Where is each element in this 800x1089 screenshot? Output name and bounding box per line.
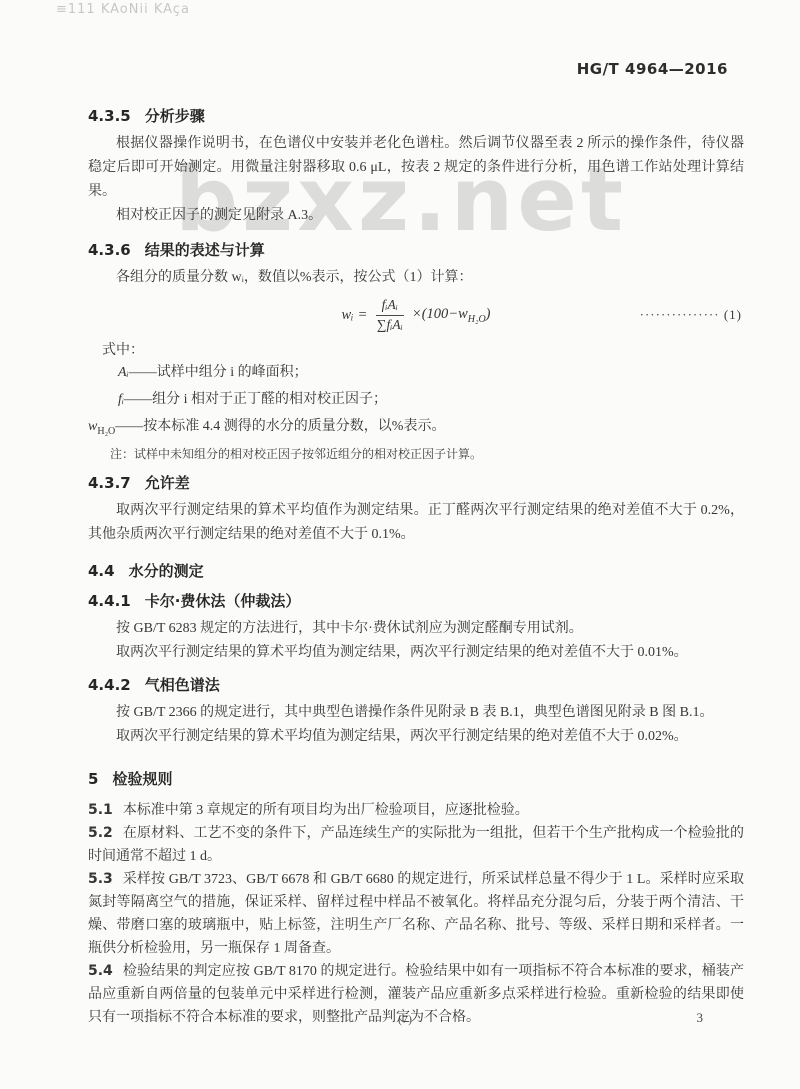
- definition-wH2O: wH₂O——按本标准 4.4 测得的水分的质量分数，以%表示。: [88, 416, 744, 443]
- def-dash: ——: [124, 392, 152, 407]
- clause-text: 本标准中第 3 章规定的所有项目均为出厂检验项目，应逐批检验。: [123, 803, 529, 818]
- equation-label: ··············· (1): [640, 307, 742, 323]
- formula-1: wᵢ = fᵢAᵢ ∑fᵢAᵢ ×(100−wH₂O) ············…: [88, 292, 744, 338]
- section-title: 分析步骤: [145, 107, 205, 125]
- def-dash: ——: [129, 365, 157, 380]
- section-title: 水分的测定: [129, 562, 204, 580]
- formula-multiplier: ×(100−wH₂O): [412, 306, 491, 325]
- section-number: 4.3.5: [88, 107, 131, 125]
- definition-fi: fᵢ——组分 i 相对于正丁醛的相对校正因子；: [88, 389, 744, 416]
- note-unknown-components: 注：试样中未知组分的相对校正因子按邻近组分的相对校正因子计算。: [88, 445, 744, 463]
- paragraph-karl-fischer-tolerance: 取两次平行测定结果的算术平均值为测定结果，两次平行测定结果的绝对差值不大于 0.…: [88, 641, 744, 665]
- fraction-denominator: ∑fᵢAᵢ: [377, 316, 403, 334]
- section-number: 4.3.6: [88, 241, 131, 259]
- section-title: 允许差: [145, 474, 190, 492]
- paragraph-analysis-steps: 根据仪器操作说明书，在色谱仪中安装并老化色谱柱。然后调节仪器至表 2 所示的操作…: [88, 132, 744, 204]
- section-heading-4-3-7: 4.3.7允许差: [88, 473, 744, 493]
- fraction: fᵢAᵢ ∑fᵢAᵢ: [376, 297, 404, 334]
- section-heading-4-4-2: 4.4.2气相色谱法: [88, 675, 744, 695]
- section-heading-4-4: 4.4水分的测定: [88, 561, 744, 581]
- clause-5-1: 5.1本标准中第 3 章规定的所有项目均为出厂检验项目，应逐批检验。: [88, 799, 744, 822]
- clause-5-4: 5.4检验结果的判定应按 GB/T 8170 的规定进行。检验结果中如有一项指标…: [88, 960, 744, 1029]
- clause-5-3: 5.3采样按 GB/T 3723、GB/T 6678 和 GB/T 6680 的…: [88, 868, 744, 960]
- def-term-sub: H₂O: [97, 425, 115, 436]
- equation-number: (1): [724, 307, 742, 322]
- times-open: ×(100−: [412, 306, 458, 322]
- section-heading-4-3-6: 4.3.6结果的表述与计算: [88, 240, 744, 260]
- scanned-document-page: ≡111 KAoNii KAça HG/T 4964—2016 bzxz.net…: [0, 0, 800, 1089]
- paragraph-tolerance: 取两次平行测定结果的算术平均值作为测定结果。正丁醛两次平行测定结果的绝对差值不大…: [88, 499, 744, 547]
- equals-sign: =: [358, 307, 366, 324]
- def-dash: ——: [115, 419, 143, 434]
- close-paren: ): [486, 306, 491, 322]
- section-heading-4-3-5: 4.3.5分析步骤: [88, 106, 744, 126]
- def-text: 按本标准 4.4 测得的水分的质量分数，以%表示。: [143, 419, 445, 434]
- leader-dots: ···············: [640, 307, 720, 322]
- paragraph-formula-intro: 各组分的质量分数 wᵢ，数值以%表示，按公式（1）计算：: [88, 266, 744, 290]
- section-heading-4-4-1: 4.4.1卡尔·费休法（仲裁法）: [88, 591, 744, 611]
- def-text: 组分 i 相对于正丁醛的相对校正因子；: [152, 392, 387, 407]
- clause-text: 检验结果的判定应按 GB/T 8170 的规定进行。检验结果中如有一项指标不符合…: [88, 964, 744, 1025]
- clause-text: 在原材料、工艺不变的条件下，产品连续生产的实际批为一组批，但若干个生产批构成一个…: [88, 826, 744, 864]
- section-number: 4.4: [88, 562, 115, 580]
- paragraph-karl-fischer-method: 按 GB/T 6283 规定的方法进行，其中卡尔·费休试剂应为测定醛酮专用试剂。: [88, 617, 744, 641]
- def-term: w: [88, 419, 97, 434]
- chapter-number: 5: [88, 770, 98, 788]
- water-symbol: w: [458, 306, 468, 322]
- paragraph-correction-factor-ref: 相对校正因子的测定见附录 A.3。: [88, 204, 744, 228]
- document-body: 4.3.5分析步骤 根据仪器操作说明书，在色谱仪中安装并老化色谱柱。然后调节仪器…: [88, 106, 744, 1029]
- paragraph-gc-tolerance: 取两次平行测定结果的算术平均值为测定结果，两次平行测定结果的绝对差值不大于 0.…: [88, 725, 744, 749]
- def-term: Aᵢ: [118, 365, 129, 380]
- where-label: 式中：: [88, 340, 744, 362]
- section-number: 4.3.7: [88, 474, 131, 492]
- section-number: 4.4.2: [88, 676, 131, 694]
- clause-5-2: 5.2在原材料、工艺不变的条件下，产品连续生产的实际批为一组批，但若干个生产批构…: [88, 822, 744, 868]
- chapter-title: 检验规则: [112, 770, 172, 788]
- formula-expression: wᵢ = fᵢAᵢ ∑fᵢAᵢ ×(100−wH₂O): [341, 297, 490, 334]
- section-title: 气相色谱法: [145, 676, 220, 694]
- fraction-numerator: fᵢAᵢ: [376, 297, 404, 316]
- definition-Ai: Aᵢ——试样中组分 i 的峰面积；: [88, 362, 744, 389]
- chapter-heading-5: 5检验规则: [88, 769, 744, 789]
- section-title: 卡尔·费休法（仲裁法）: [145, 592, 301, 610]
- scan-artifact-text: ≡111 KAoNii KAça: [56, 2, 190, 17]
- section-number: 4.4.1: [88, 592, 131, 610]
- section-title: 结果的表述与计算: [145, 241, 265, 259]
- clause-number: 5.2: [88, 825, 113, 841]
- standard-code-header: HG/T 4964—2016: [577, 60, 728, 78]
- clause-number: 5.4: [88, 963, 113, 979]
- clause-text: 采样按 GB/T 3723、GB/T 6678 和 GB/T 6680 的规定进…: [88, 872, 744, 956]
- paragraph-gc-method: 按 GB/T 2366 的规定进行，其中典型色谱操作条件见附录 B 表 B.1，…: [88, 701, 744, 725]
- def-text: 试样中组分 i 的峰面积；: [157, 365, 308, 380]
- clause-number: 5.3: [88, 871, 113, 887]
- clause-number: 5.1: [88, 802, 113, 818]
- formula-lhs: wᵢ: [341, 307, 353, 324]
- water-subscript: H₂O: [468, 313, 486, 324]
